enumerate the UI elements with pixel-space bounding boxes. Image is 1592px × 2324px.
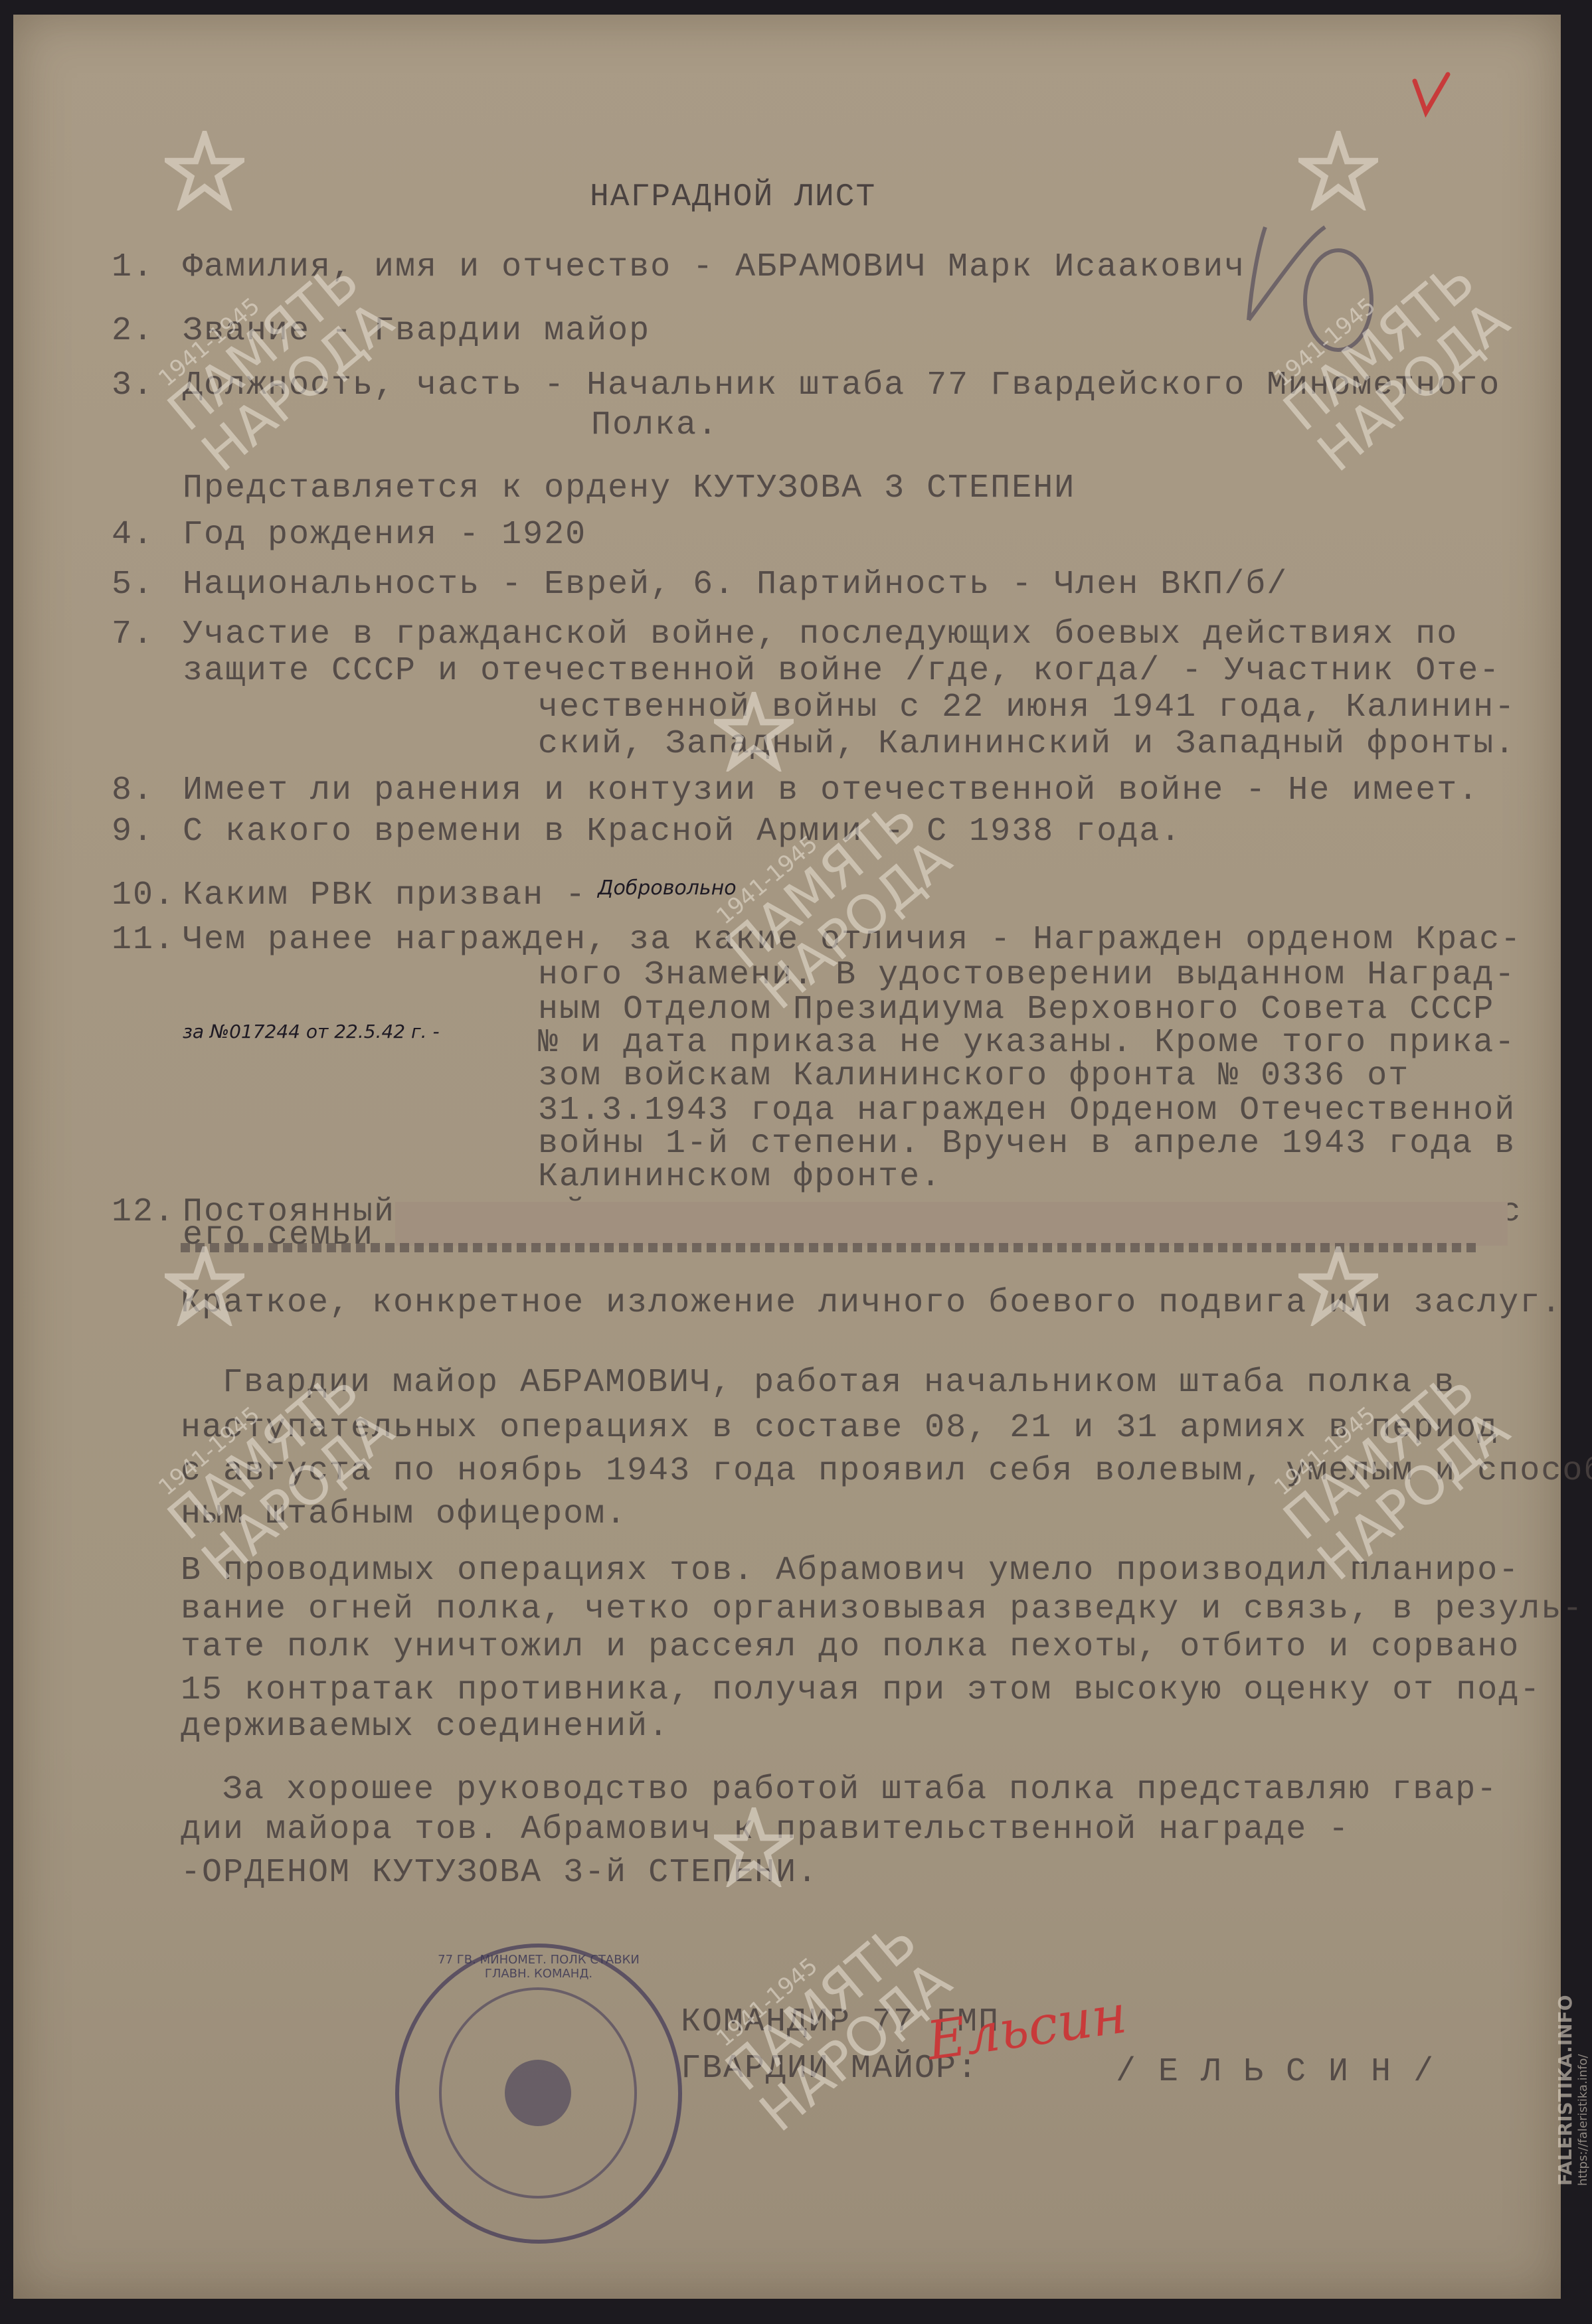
item-text: ным Отделом Президиума Верховного Совета… [538, 991, 1494, 1029]
watermark: 1941-1945ПАМЯТЬНАРОДА [703, 1895, 960, 2140]
item-text: Представляется к ордену КУТУЗОВА 3 СТЕПЕ… [183, 469, 1075, 507]
item-number: 1. [112, 248, 154, 286]
watermark-star-icon [165, 131, 244, 210]
item-text: 31.3.1943 года награжден Орденом Отечест… [538, 1092, 1516, 1129]
item-text: № и дата приказа не указаны. Кроме того … [538, 1024, 1516, 1062]
item-text: Каким РВК призван - [183, 876, 586, 914]
faleristika-watermark: FALERISTIKA.INFO https://faleristika.inf… [1554, 1995, 1590, 2186]
official-stamp: 77 ГВ. МИНОМЕТ. ПОЛК СТАВКИ ГЛАВН. КОМАН… [395, 1944, 682, 2244]
item-number: 9. [112, 813, 154, 851]
narrative-line: тате полк уничтожил и рассеял до полка п… [181, 1628, 1520, 1666]
item-text: Национальность - Еврей, 6. Партийность -… [183, 566, 1288, 604]
item-number: 8. [112, 772, 154, 809]
award-sheet-page: НАГРАДНОЙ ЛИСТ 1.Фамилия, имя и отчество… [13, 15, 1561, 2299]
item-text: Полка. [591, 406, 719, 444]
narrative-line: 15 контратак противника, получая при это… [181, 1671, 1541, 1709]
item-text: Имеет ли ранения и контузии в отечествен… [183, 772, 1479, 809]
item-text: защите СССР и отечественной войне /где, … [183, 652, 1500, 690]
watermark-star-icon [1298, 131, 1378, 210]
item-text: ский, Западный, Калининский и Западный ф… [538, 725, 1516, 763]
item-number: 12. [112, 1193, 175, 1231]
item-text: ного Знамени. В удостоверении выданном Н… [538, 956, 1516, 994]
item-number: 4. [112, 516, 154, 554]
watermark-star-icon [1298, 1246, 1378, 1326]
item-number: 10. [112, 876, 175, 914]
watermark-star-icon [714, 1807, 794, 1887]
item-number: 2. [112, 312, 154, 350]
item-text: С какого времени в Красной Армии - С 193… [183, 813, 1182, 851]
item-text: чественной войны с 22 июня 1941 года, Ка… [538, 689, 1516, 726]
red-checkmark-icon [1411, 71, 1451, 118]
handwritten-order-note: за №017244 от 22.5.42 г. - [183, 1021, 440, 1042]
redacted-address [395, 1202, 1508, 1246]
handwritten-conscription-note: Добровольно [598, 876, 737, 900]
item-text: войны 1-й степени. Вручен в апреле 1943 … [538, 1125, 1516, 1163]
item-number: 11. [112, 921, 175, 959]
narrative-line: За хорошее руководство работой штаба пол… [222, 1771, 1498, 1809]
narrative-line: Гвардии майор АБРАМОВИЧ, работая начальн… [222, 1364, 1455, 1402]
watermark-star-icon [714, 692, 794, 772]
item-text: Год рождения - 1920 [183, 516, 586, 554]
ussr-emblem-icon [505, 2060, 571, 2126]
item-text: зом войскам Калининского фронта № 0336 о… [538, 1057, 1409, 1095]
document-title: НАГРАДНОЙ ЛИСТ [590, 179, 876, 215]
narrative-line: держиваемых соединений. [181, 1708, 669, 1746]
item-number: 5. [112, 566, 154, 604]
item-number: 7. [112, 616, 154, 653]
separator-line [181, 1243, 1476, 1252]
watermark-star-icon [165, 1246, 244, 1326]
commander-name: / Е Л Ь С И Н / [1116, 2053, 1435, 2091]
item-text: Калининском фронте. [538, 1158, 942, 1196]
stamp-inner-ring [439, 1987, 637, 2199]
narrative-line: вание огней полка, четко организовывая р… [181, 1590, 1583, 1628]
stamp-text: 77 ГВ. МИНОМЕТ. ПОЛК СТАВКИ ГЛАВН. КОМАН… [426, 1953, 652, 1981]
item-text: Участие в гражданской войне, последующих… [183, 616, 1458, 653]
